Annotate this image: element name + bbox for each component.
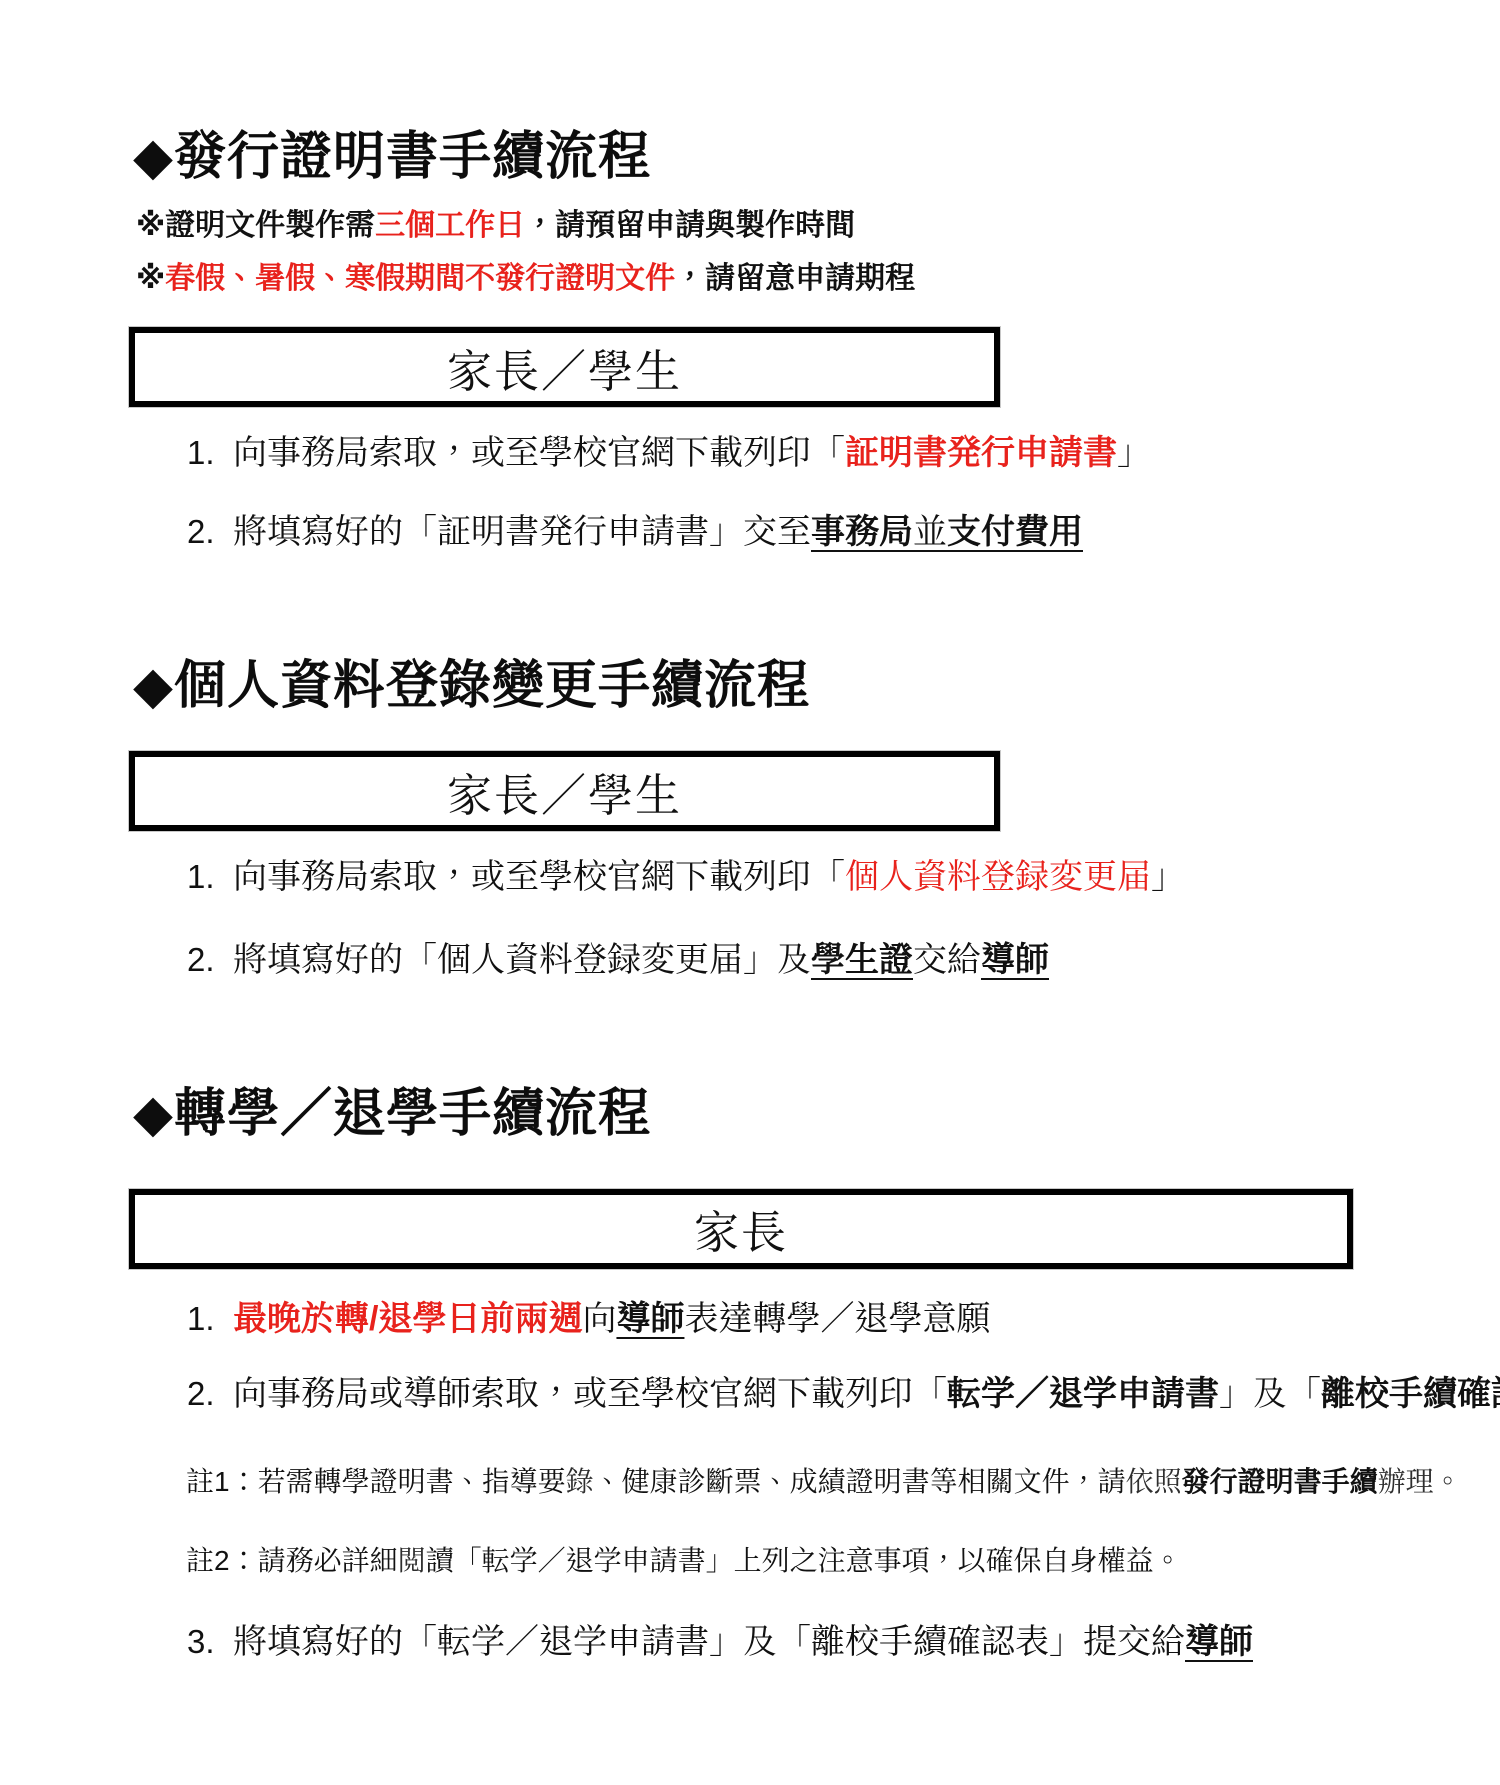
office-emphasis: 事務局 [811,513,913,551]
actor-box-label: 家長／學生 [447,759,682,824]
list-number: 1. [187,857,233,897]
step-text: 向 [582,1300,616,1338]
footnote-1: 註1：若需轉學證明書、指導要錄、健康診斷票、成績證明書等相關文件，請依照發行證明… [186,1464,1500,1499]
step-text: 將填寫好的「転学／退学申請書」及「離校手續確認表」提交給 [233,1623,1185,1661]
step-text: 表達轉學／退學意願 [684,1300,990,1338]
actor-box-parent-student: 家長／學生 [129,751,1000,831]
list-item: 3.將填寫好的「転学／退学申請書」及「離校手續確認表」提交給導師 [187,1622,1500,1663]
step-text: 向事務局或導師索取，或至學校官網下載列印「 [233,1375,947,1413]
teacher-emphasis: 導師 [981,941,1049,979]
actor-box-parent: 家長 [129,1189,1353,1269]
section-title-personal-data-change: ◆個人資料登錄變更手續流程 [133,657,1500,715]
list-item: 2.將填寫好的「個人資料登録変更届」及學生證交給導師 [187,940,1500,981]
actor-box-parent-student: 家長／學生 [129,327,1000,407]
footnote-text: 錄 [566,1466,594,1497]
list-number: 2. [187,512,233,552]
note-highlight: 三個工作日 [375,209,525,242]
step-text: 並 [913,513,947,551]
list-item: 1.向事務局索取，或至學校官網下載列印「個人資料登録変更届」 [187,857,1500,898]
list-number: 3. [187,1622,233,1662]
list-number: 2. [187,1374,233,1414]
footnote-text: 註1：若需轉學證明書、指導要 [186,1466,566,1497]
form-name-transfer-application: 転学／退学申請書 [947,1375,1219,1413]
step-text: 將填寫好的「証明書発行申請書」交至 [233,513,811,551]
footnote-text: 、健康診斷票、成績證明書等相關文件，請 [594,1466,1126,1497]
note-holiday-restriction: ※春假、暑假、寒假期間不發行證明文件，請留意申請期程 [136,261,1500,297]
deadline-emphasis: 最晚於轉/退學日前兩週 [233,1300,582,1338]
note-text: ※證明文件製作需 [136,209,375,242]
form-name-data-change: 個人資料登録変更届 [845,858,1151,896]
actor-box-label: 家長／學生 [447,335,682,400]
form-name-leaving-checklist: 離校手續確認表 [1321,1375,1500,1413]
student-id-emphasis: 學生證 [811,941,913,979]
list-number: 1. [187,433,233,473]
list-item: 1.向事務局索取，或至學校官網下載列印「証明書発行申請書」 [187,433,1500,474]
actor-box-label: 家長 [694,1196,788,1261]
list-number: 2. [187,940,233,980]
procedure-reference-emphasis: 發行證明書手續 [1182,1466,1378,1497]
step-text: 」 [1151,858,1185,896]
footnote-text: 依照 [1126,1466,1182,1497]
payment-emphasis: 支付費用 [947,513,1083,551]
teacher-emphasis: 導師 [616,1300,684,1338]
note-highlight: 春假、暑假、寒假期間不發行證明文件 [165,262,675,295]
list-number: 1. [187,1299,233,1339]
footnote-text: 讀「転学／退学申請書」上列之注意事項，以確保自身權益。 [426,1545,1182,1576]
list-item: 2.將填寫好的「証明書発行申請書」交至事務局並支付費用 [187,512,1500,553]
note-text: ，請預留申請與製作時間 [525,209,855,242]
note-processing-time: ※證明文件製作需三個工作日，請預留申請與製作時間 [136,208,1500,244]
footnote-text: 註2：請務必詳細 [186,1545,398,1576]
step-text: 」 [1117,434,1151,472]
step-text: 向事務局索取，或至學校官網下載列印「 [233,434,845,472]
footnote-text: 閲 [398,1545,426,1576]
list-item: 2.向事務局或導師索取，或至學校官網下載列印「転学／退学申請書」及「離校手續確認… [187,1374,1500,1415]
step-text: 」及「 [1219,1375,1321,1413]
teacher-emphasis: 導師 [1185,1623,1253,1661]
step-text: 交給 [913,941,981,979]
footnote-2: 註2：請務必詳細閲讀「転学／退学申請書」上列之注意事項，以確保自身權益。 [186,1543,1500,1578]
note-text: ※ [136,262,165,295]
step-text: 向事務局索取，或至學校官網下載列印「 [233,858,845,896]
document: ◆發行證明書手續流程 ※證明文件製作需三個工作日，請預留申請與製作時間 ※春假、… [0,0,1500,1785]
footnote-text: 辦理。 [1378,1466,1462,1497]
section-title-transfer-withdrawal: ◆轉學／退學手續流程 [133,1085,1500,1143]
note-text: ，請留意申請期程 [675,262,915,295]
list-item: 1.最晚於轉/退學日前兩週向導師表達轉學／退學意願 [187,1299,1500,1340]
step-text: 將填寫好的「個人資料登録変更届」及 [233,941,811,979]
form-name-certificate-application: 証明書発行申請書 [845,434,1117,472]
section-title-certificate-issuance: ◆發行證明書手續流程 [133,0,1500,186]
